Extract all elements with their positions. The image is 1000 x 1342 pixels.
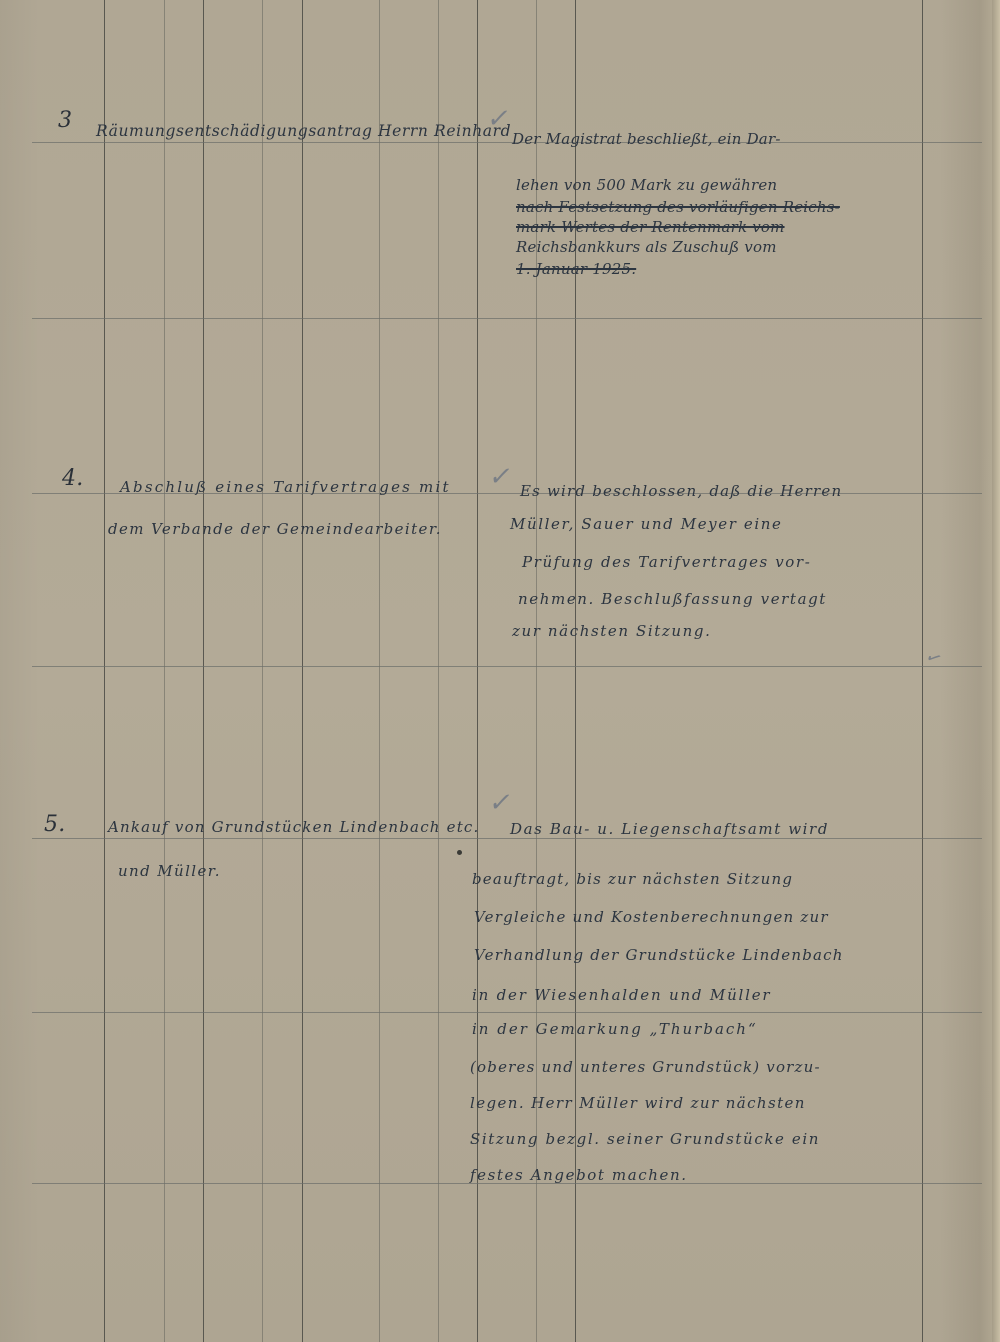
column-rule (203, 0, 204, 1342)
column-rule (164, 0, 165, 1342)
resolution-line: Verhandlung der Grundstücke Lindenbach (474, 946, 844, 964)
column-rule (104, 0, 105, 1342)
page-edge (992, 0, 1000, 1342)
resolution-line: in der Gemarkung „Thurbach“ (472, 1020, 758, 1038)
entry-number: 3 (58, 108, 72, 133)
column-rule (302, 0, 303, 1342)
entry-subject: dem Verbande der Gemeindearbeiter. (108, 520, 442, 538)
resolution-line: zur nächsten Sitzung. (512, 622, 712, 640)
row-rule (32, 666, 982, 667)
resolution-line-struck: nach Festsetzung des vorläufigen Reichs- (516, 198, 840, 216)
margin-check-icon: ✓ (921, 646, 945, 672)
resolution-line: Der Magistrat beschließt, ein Dar- (512, 130, 781, 148)
resolution-line: Sitzung bezgl. seiner Grundstücke ein (470, 1130, 820, 1148)
ledger-page: 3 Räumungsentschädigungsantrag Herrn Rei… (0, 0, 1000, 1342)
row-rule (32, 318, 982, 319)
resolution-line: Müller, Sauer und Meyer eine (510, 515, 782, 533)
column-rule (262, 0, 263, 1342)
resolution-line: (oberes und unteres Grundstück) vorzu- (470, 1058, 821, 1076)
row-rule (32, 838, 982, 839)
column-rule (922, 0, 923, 1342)
resolution-line: nehmen. Beschlußfassung vertagt (518, 590, 827, 608)
resolution-line: legen. Herr Müller wird zur nächsten (470, 1094, 806, 1112)
resolution-line: Reichsbankkurs als Zuschuß vom (516, 238, 777, 256)
resolution-line: beauftragt, bis zur nächsten Sitzung (472, 870, 793, 888)
resolution-line: lehen von 500 Mark zu gewähren (516, 176, 777, 194)
column-rule (379, 0, 380, 1342)
resolution-line: Es wird beschlossen, daß die Herren (520, 482, 842, 500)
entry-number: 4. (62, 466, 83, 491)
checkmark-icon: ✓ (487, 788, 515, 818)
resolution-line-struck: mark Wertes der Rentenmark vom (516, 218, 785, 236)
resolution-line: Vergleiche und Kostenberechnungen zur (474, 908, 829, 926)
row-rule (32, 142, 982, 143)
entry-subject: Räumungsentschädigungsantrag Herrn Reinh… (96, 122, 511, 140)
resolution-line-struck: 1. Januar 1925. (516, 260, 636, 278)
resolution-line: festes Angebot machen. (470, 1166, 688, 1184)
column-rule (438, 0, 439, 1342)
resolution-line: in der Wiesenhalden und Müller (472, 986, 771, 1004)
resolution-line: Prüfung des Tarifvertrages vor- (522, 553, 811, 571)
ink-dot (457, 850, 462, 855)
entry-number: 5. (44, 812, 65, 837)
row-rule (32, 1012, 982, 1013)
resolution-line: Das Bau- u. Liegenschaftsamt wird (510, 820, 829, 838)
entry-subject: Abschluß eines Tarifvertrages mit (120, 478, 451, 496)
checkmark-icon: ✓ (487, 462, 515, 492)
entry-subject: und Müller. (118, 862, 221, 880)
entry-subject: Ankauf von Grundstücken Lindenbach etc. (108, 818, 480, 836)
